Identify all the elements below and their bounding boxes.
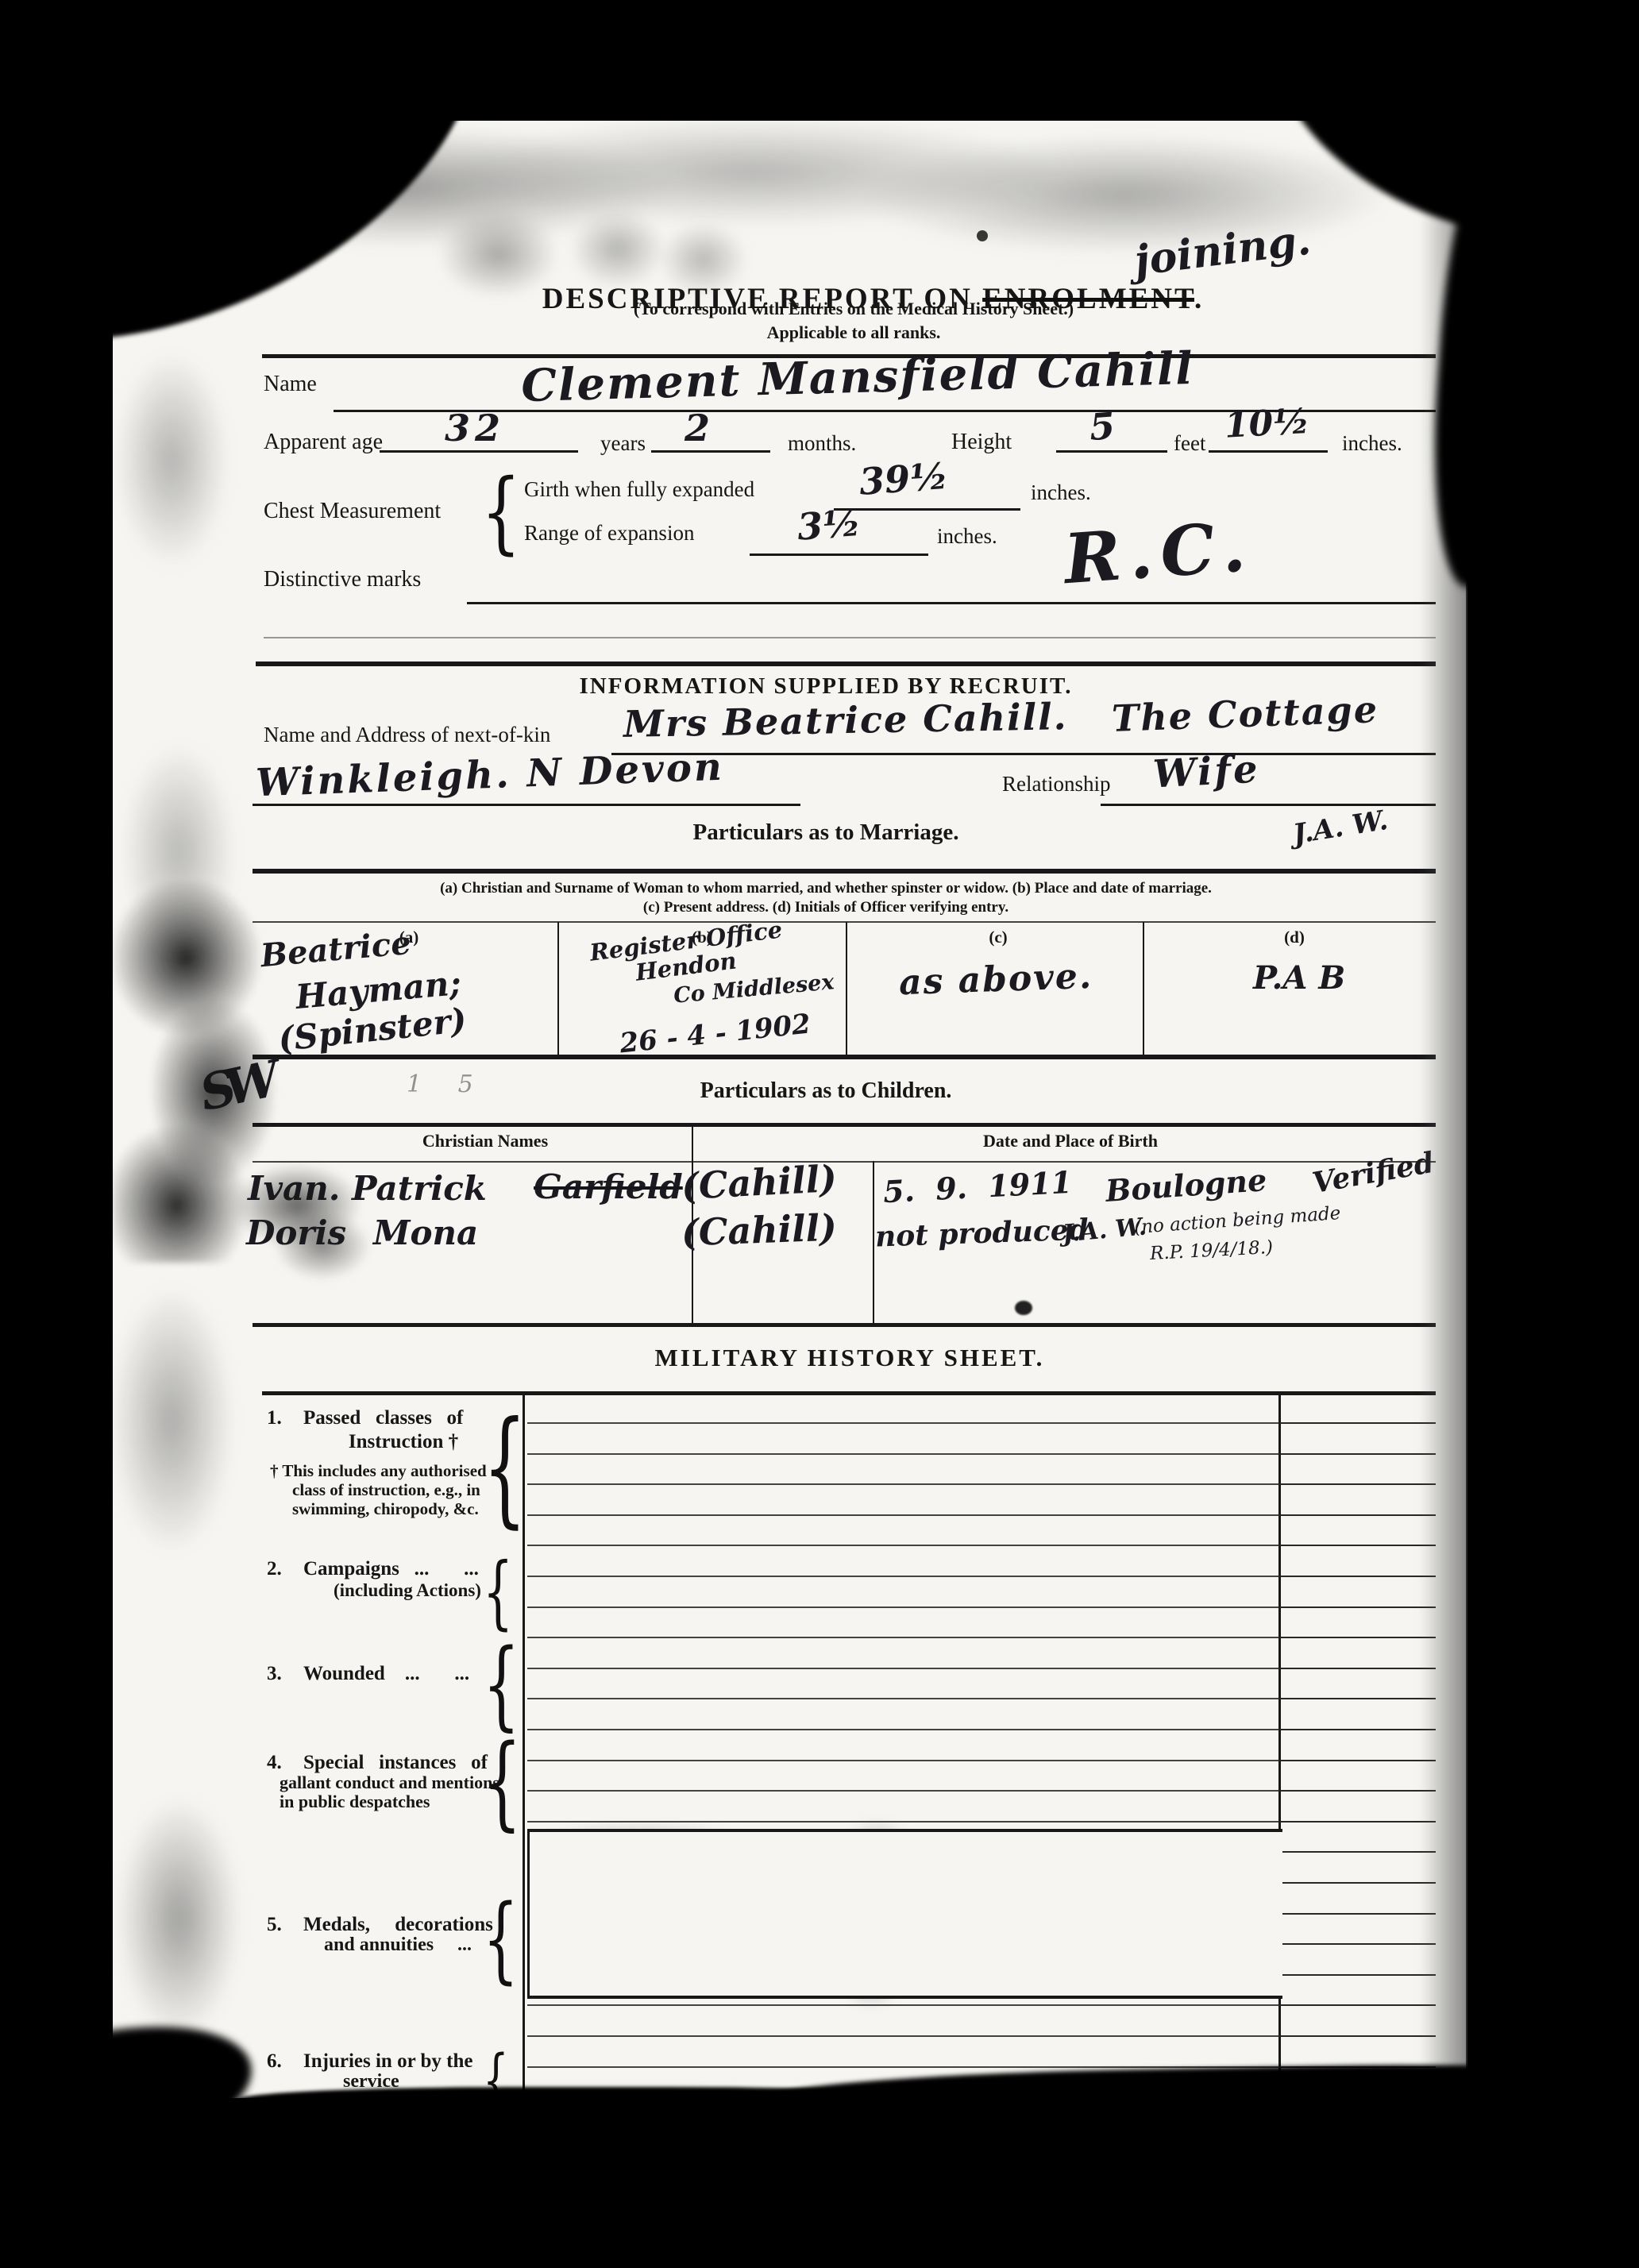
- next-of-kin-label: Name and Address of next-of-kin: [264, 723, 550, 747]
- name-label: Name: [264, 372, 317, 397]
- military-item2-label-line2: (including Actions): [334, 1580, 481, 1601]
- subtitle-line1: (To correspond with Entries on the Medic…: [365, 299, 1342, 319]
- military-item2-number: 2.: [267, 1558, 282, 1580]
- military-item5-label-line1: Medals, decorations: [303, 1914, 493, 1936]
- height-inches-value: 10½: [1224, 401, 1311, 446]
- age-months-underline: [651, 450, 770, 453]
- military-item1-number: 1.: [267, 1407, 282, 1429]
- military-item6-label-line1: Injuries in or by the: [303, 2050, 472, 2073]
- subtitle-line2: Applicable to all ranks.: [365, 322, 1342, 343]
- range-label: Range of expansion: [524, 521, 694, 546]
- military-item3-label-line1: Wounded ... ...: [303, 1663, 469, 1685]
- torn-edge-bottom-center: [238, 2087, 953, 2119]
- ruled-line-right-column: [1281, 2035, 1436, 2037]
- military-item1-label-line1: Passed classes of: [303, 1407, 463, 1429]
- marriage-divider-3: [1143, 922, 1144, 1057]
- marriage-divider-2: [846, 922, 847, 1057]
- ruled-line-right-column: [1281, 1821, 1436, 1822]
- children-r2-name1: Doris: [246, 1213, 346, 1252]
- military-item5-label-line2: and annuities ...: [324, 1934, 472, 1956]
- military-item5-number: 5.: [267, 1914, 282, 1936]
- distinctive-marks-underline: [467, 602, 1436, 604]
- children-divider-2: [873, 1161, 874, 1325]
- military-item6-number: 6.: [267, 2050, 282, 2073]
- girth-label: Girth when fully expanded: [524, 477, 754, 502]
- rule-military-top: [262, 1391, 1436, 1395]
- feet-label: feet: [1174, 431, 1205, 456]
- military-item3-number: 3.: [267, 1663, 282, 1685]
- ruled-line-right-column: [1281, 1882, 1436, 1884]
- rule-marriage-bottom: [253, 1055, 1436, 1059]
- distinctive-marks-label: Distinctive marks: [264, 567, 421, 592]
- military-heading: MILITARY HISTORY SHEET.: [238, 1344, 1461, 1372]
- children-r1-struck-name: Garfield: [534, 1167, 683, 1206]
- ruled-line-right-column: [1281, 1422, 1436, 1424]
- military-item1-footnote-line1: † This includes any authorised: [270, 1461, 487, 1481]
- height-inches-underline: [1209, 450, 1328, 453]
- ruled-line-right-column: [1281, 1576, 1436, 1577]
- medal-table: [527, 1829, 1282, 1999]
- ruled-line-right-column: [1281, 1729, 1436, 1730]
- range-underline: [750, 553, 928, 556]
- military-item2-label-line1: Campaigns ... ...: [303, 1558, 479, 1580]
- next-of-kin-name-value: Mrs Beatrice Cahill.: [623, 695, 1068, 746]
- military-item4-number: 4.: [267, 1752, 282, 1774]
- ruled-line-right-column: [1281, 2004, 1436, 2006]
- marriage-divider-1: [557, 922, 559, 1057]
- military-item1-footnote-line3: swimming, chiropody, &c.: [292, 1499, 479, 1519]
- height-feet-value: 5: [1088, 404, 1116, 449]
- chest-measurement-label: Chest Measurement: [264, 499, 441, 524]
- blank-rule: [264, 637, 1436, 638]
- marriage-note2: (c) Present address. (d) Initials of Off…: [238, 899, 1413, 916]
- military-item4-label-line1: Special instances of: [303, 1752, 488, 1774]
- girth-value: 39½: [858, 454, 949, 503]
- months-label: months.: [788, 431, 856, 456]
- ruled-line-right-column: [1281, 1974, 1436, 1976]
- rule-children-bottom: [253, 1323, 1436, 1327]
- children-r1-surname: (Cahill): [681, 1157, 838, 1208]
- military-item1-footnote-line2: class of instruction, e.g., in: [292, 1480, 480, 1500]
- children-r2-name2: Mona: [373, 1213, 478, 1252]
- marriage-cell-d1: P.A B: [1253, 959, 1345, 997]
- ruled-line-right-column: [1281, 1790, 1436, 1792]
- ruled-line-right-column: [1281, 1453, 1436, 1455]
- military-item5-brace: {: [483, 1884, 519, 1993]
- ruled-line-right-column: [1281, 1483, 1436, 1485]
- age-years-underline: [380, 450, 578, 453]
- next-of-kin-underline2: [253, 804, 800, 806]
- ruled-line-right-column: [1281, 1698, 1436, 1699]
- children-col-names: Christian Names: [422, 1131, 548, 1151]
- children-r2-surname: (Cahill): [681, 1206, 838, 1255]
- girth-underline: [834, 508, 1020, 511]
- children-r1-names: Ivan. Patrick: [248, 1169, 487, 1208]
- ruled-line-right-column: [1281, 1913, 1436, 1915]
- rule-recruit-top: [256, 661, 1436, 666]
- inches-label: inches.: [1342, 431, 1402, 456]
- ruled-line-right-column: [1281, 1514, 1436, 1516]
- military-item1-label-line2: Instruction †: [303, 1431, 503, 1453]
- height-label: Height: [951, 430, 1012, 455]
- rule-children-top: [253, 1123, 1436, 1127]
- marriage-cell-c1: as above.: [898, 956, 1093, 1003]
- military-item2-brace: {: [483, 1545, 513, 1638]
- rule-marriage-top: [253, 869, 1436, 874]
- military-item4-label-line2: gallant conduct and mentions: [280, 1772, 499, 1793]
- girth-units: inches.: [1031, 480, 1091, 505]
- black-bottom-band: [0, 2098, 1639, 2268]
- ruled-line-right-column: [1281, 1760, 1436, 1761]
- marriage-col-c: (c): [989, 928, 1007, 947]
- range-value: 3½: [796, 501, 862, 548]
- relationship-label: Relationship: [1002, 772, 1111, 796]
- relationship-value: Wife: [1152, 747, 1261, 797]
- marriage-table-topline: [253, 921, 1436, 923]
- marriage-col-d: (d): [1284, 928, 1305, 947]
- height-feet-underline: [1056, 450, 1167, 453]
- ruled-line-right-column: [1281, 1943, 1436, 1945]
- military-item4-label-line3: in public despatches: [280, 1792, 430, 1812]
- ruled-line-right-column: [1281, 1637, 1436, 1638]
- chest-brace: {: [481, 461, 521, 564]
- children-heading: Particulars as to Children.: [214, 1078, 1437, 1104]
- range-units: inches.: [937, 524, 997, 549]
- age-years-value: 32: [445, 407, 505, 449]
- scanned-enrolment-form: DESCRIPTIVE REPORT ON ENROLMENT. joining…: [0, 0, 1639, 2268]
- ruled-line-right-column: [1281, 1851, 1436, 1853]
- ruled-line-right-column: [1281, 1668, 1436, 1669]
- black-left-band: [0, 0, 113, 2268]
- years-label: years: [600, 431, 646, 456]
- ruled-line-right-column: [1281, 1545, 1436, 1546]
- apparent-age-label: Apparent age: [264, 430, 383, 455]
- marriage-note1: (a) Christian and Surname of Woman to wh…: [238, 880, 1413, 897]
- marriage-heading: Particulars as to Marriage.: [214, 820, 1437, 846]
- distinctive-marks-value: R.C.: [1062, 507, 1256, 600]
- age-months-value: 2: [685, 407, 710, 449]
- children-col-birth: Date and Place of Birth: [983, 1131, 1158, 1151]
- relationship-underline: [1101, 804, 1436, 806]
- military-item1-brace: {: [483, 1394, 526, 1541]
- next-of-kin-underline1: [611, 753, 1436, 755]
- ruled-line-right-column: [1281, 1606, 1436, 1608]
- military-item4-brace: {: [483, 1723, 522, 1842]
